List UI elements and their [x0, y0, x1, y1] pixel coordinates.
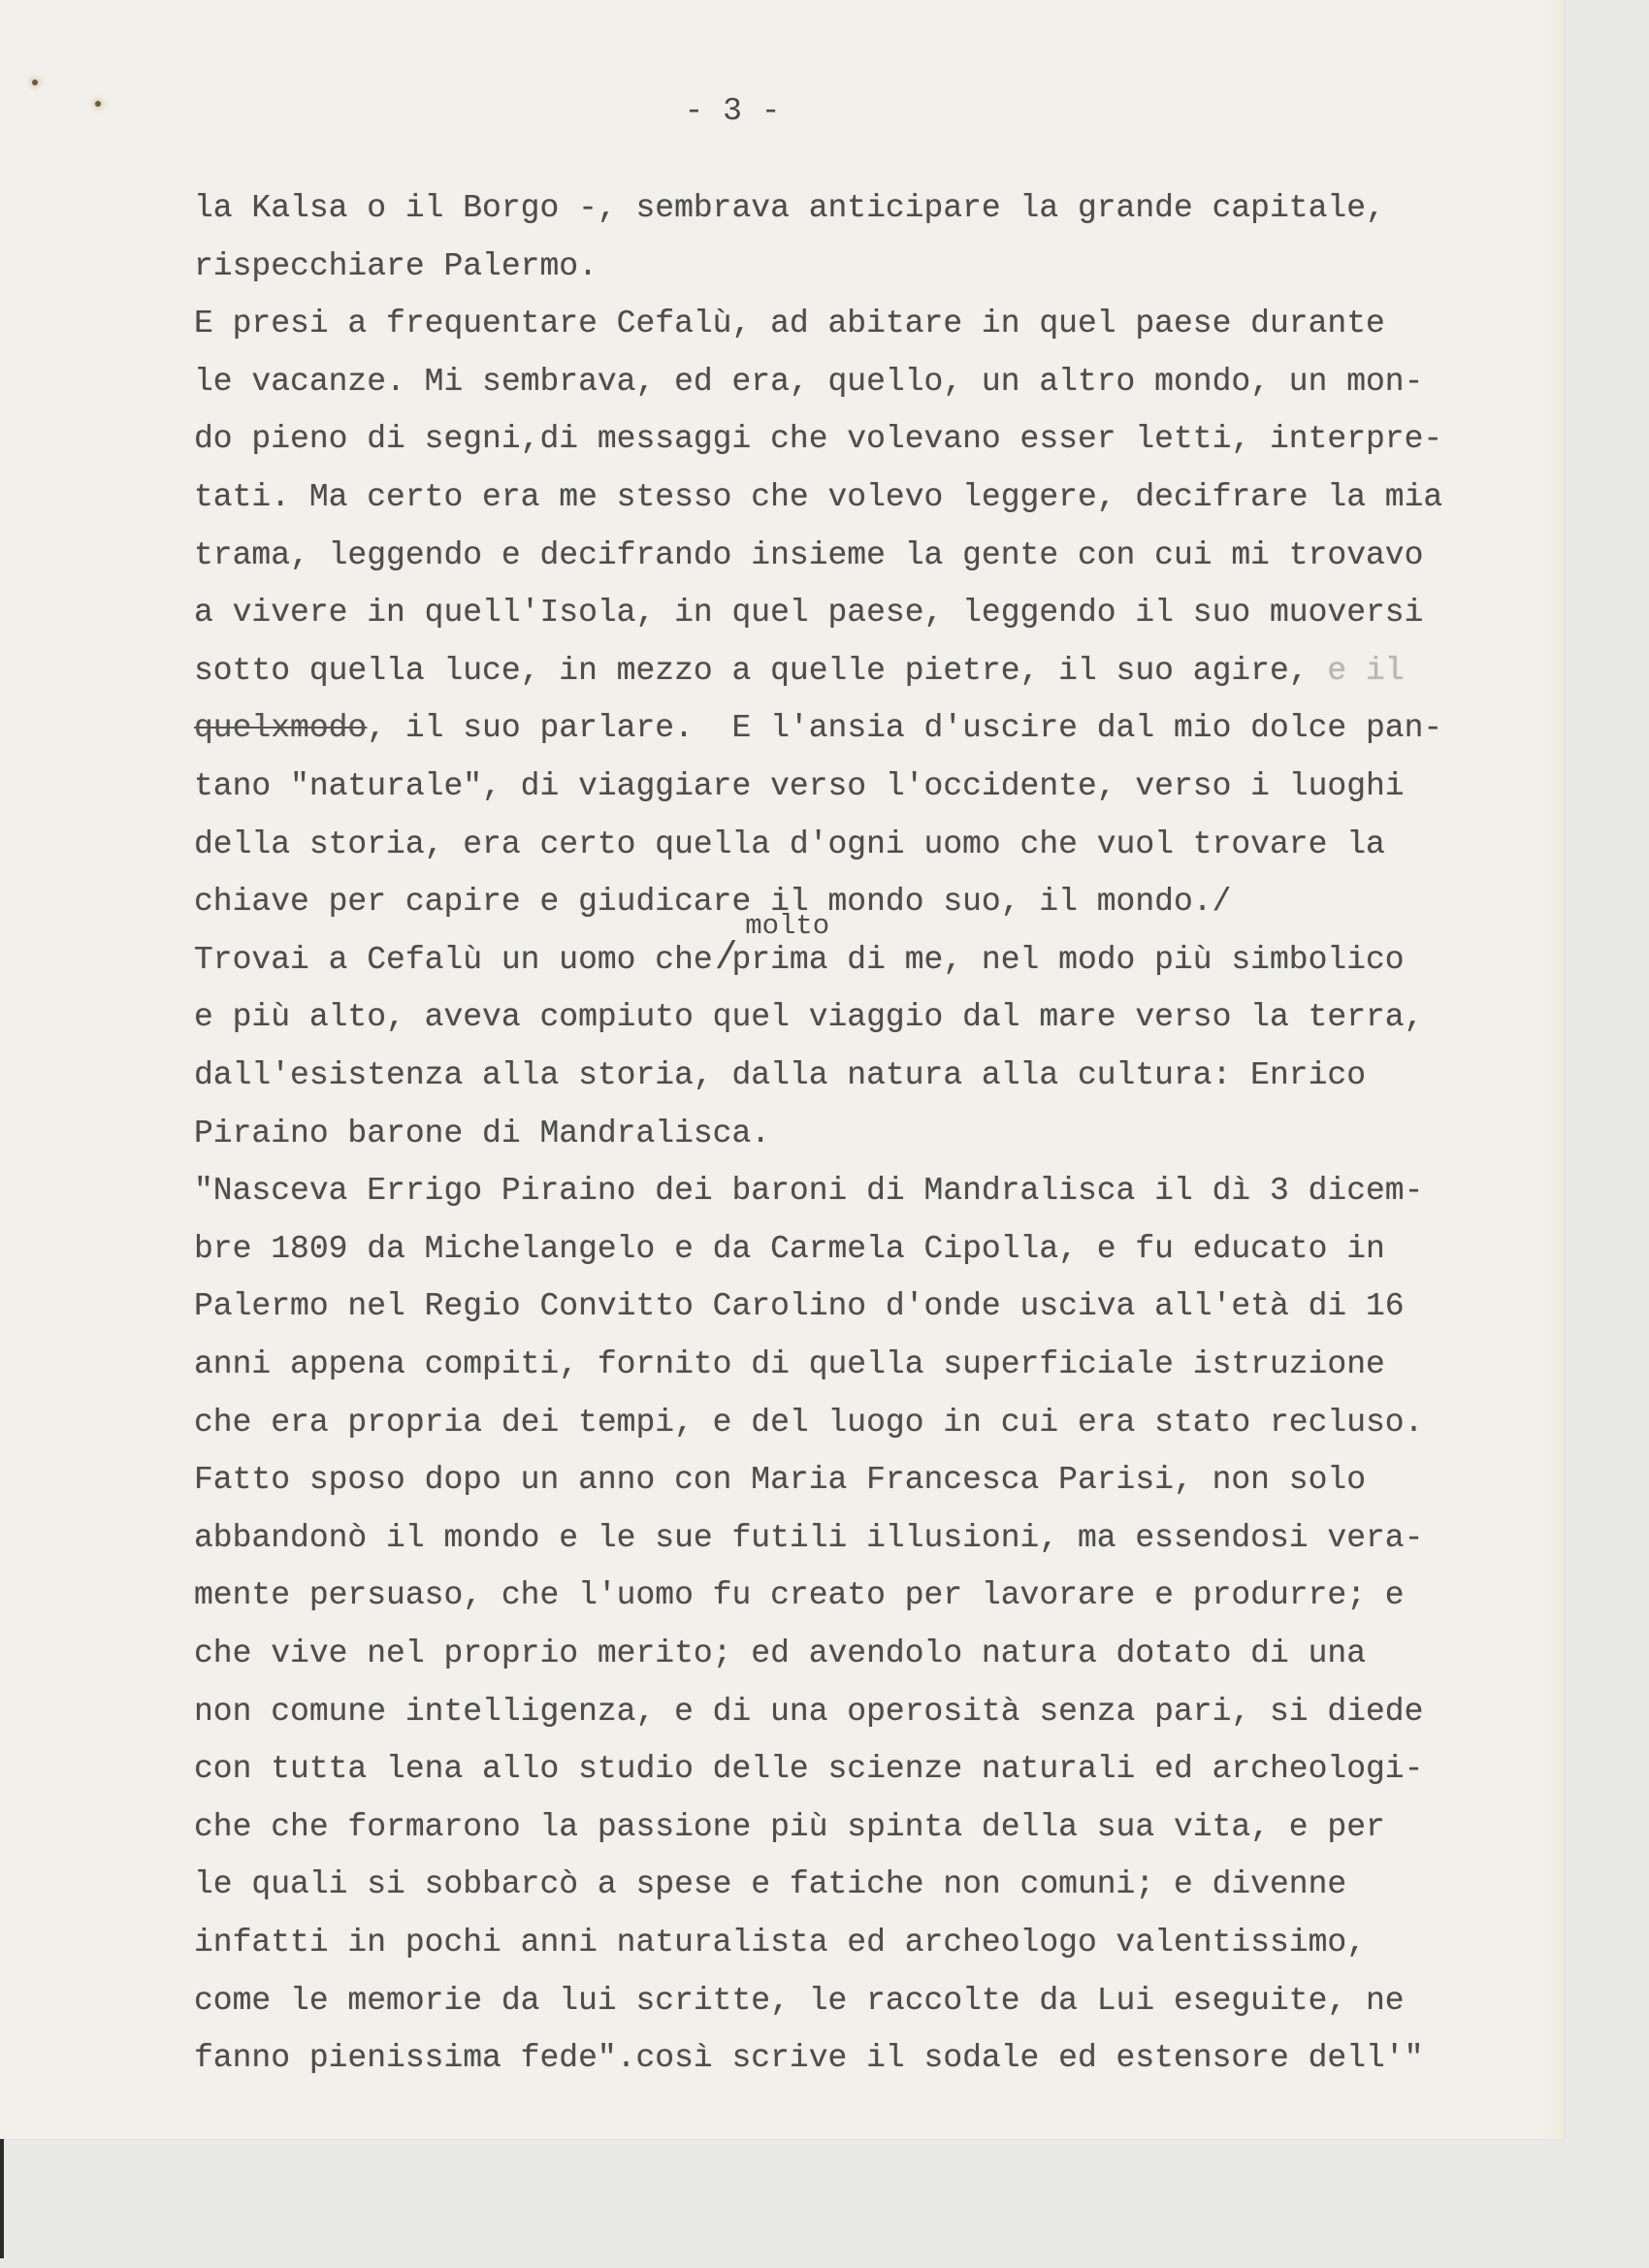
scan-edge [0, 2139, 4, 2258]
text-line: che era propria dei tempi, e del luogo i… [194, 1404, 1423, 1442]
text-line: chiave per capire e giudicare il mondo s… [194, 883, 1231, 922]
text-line: e più alto, aveva compiuto quel viaggio … [194, 998, 1423, 1037]
text-line: Palermo nel Regio Convitto Carolino d'on… [194, 1287, 1405, 1326]
struck-text: quelxmodo [194, 710, 367, 746]
text-line: "Nasceva Errigo Piraino dei baroni di Ma… [194, 1172, 1423, 1211]
text-line: Trovai a Cefalù un uomo che prima di me,… [194, 941, 1405, 980]
text-line: la Kalsa o il Borgo -, sembrava anticipa… [194, 189, 1385, 228]
text-line: Fatto sposo dopo un anno con Maria Franc… [194, 1461, 1366, 1500]
text-line: rispecchiare Palermo. [194, 247, 598, 286]
text-line: fanno pienissima fede".così scrive il so… [194, 2039, 1423, 2078]
typewritten-page: - 3 - la Kalsa o il Borgo -, sembrava an… [0, 0, 1564, 2139]
text-line: abbandonò il mondo e le sue futili illus… [194, 1519, 1423, 1558]
text-line: non comune intelligenza, e di una operos… [194, 1693, 1423, 1732]
text-line: anni appena compiti, fornito di quella s… [194, 1345, 1385, 1384]
text-line: infatti in pochi anni naturalista ed arc… [194, 1924, 1366, 1962]
text-line: come le memorie da lui scritte, le racco… [194, 1982, 1405, 2021]
text-line: le quali si sobbarcò a spese e fatiche n… [194, 1865, 1346, 1904]
staple-hole-icon [32, 80, 38, 85]
text-line: E presi a frequentare Cefalù, ad abitare… [194, 305, 1385, 343]
text-line: bre 1809 da Michelangelo e da Carmela Ci… [194, 1230, 1385, 1269]
text-line: con tutta lena allo studio delle scienze… [194, 1750, 1423, 1789]
text-line: della storia, era certo quella d'ogni uo… [194, 826, 1385, 864]
staple-hole-icon [95, 101, 101, 107]
text-line: che vive nel proprio merito; ed avendolo… [194, 1635, 1366, 1673]
text-line: a vivere in quell'Isola, in quel paese, … [194, 594, 1423, 632]
text-line: sotto quella luce, in mezzo a quelle pie… [194, 652, 1405, 691]
end-mark: / [1212, 884, 1232, 920]
text-line: trama, leggendo e decifrando insieme la … [194, 536, 1423, 575]
text-line: quelxmodo, il suo parlare. E l'ansia d'u… [194, 709, 1442, 748]
text-line: do pieno di segni,di messaggi che voleva… [194, 420, 1442, 459]
insertion-mark: / [715, 937, 738, 981]
text-line: che che formarono la passione più spinta… [194, 1808, 1385, 1847]
page-number: - 3 - [679, 93, 786, 129]
text-line: mente persuaso, che l'uomo fu creato per… [194, 1576, 1405, 1615]
text-line: tati. Ma certo era me stesso che volevo … [194, 478, 1442, 517]
handwritten-insertion: molto [745, 912, 829, 941]
text-line: Piraino barone di Mandralisca. [194, 1115, 770, 1153]
text-line: dall'esistenza alla storia, dalla natura… [194, 1056, 1366, 1095]
text-line: tano "naturale", di viaggiare verso l'oc… [194, 767, 1405, 806]
erased-text: e il [1309, 653, 1405, 689]
text-line: le vacanze. Mi sembrava, ed era, quello,… [194, 363, 1423, 402]
